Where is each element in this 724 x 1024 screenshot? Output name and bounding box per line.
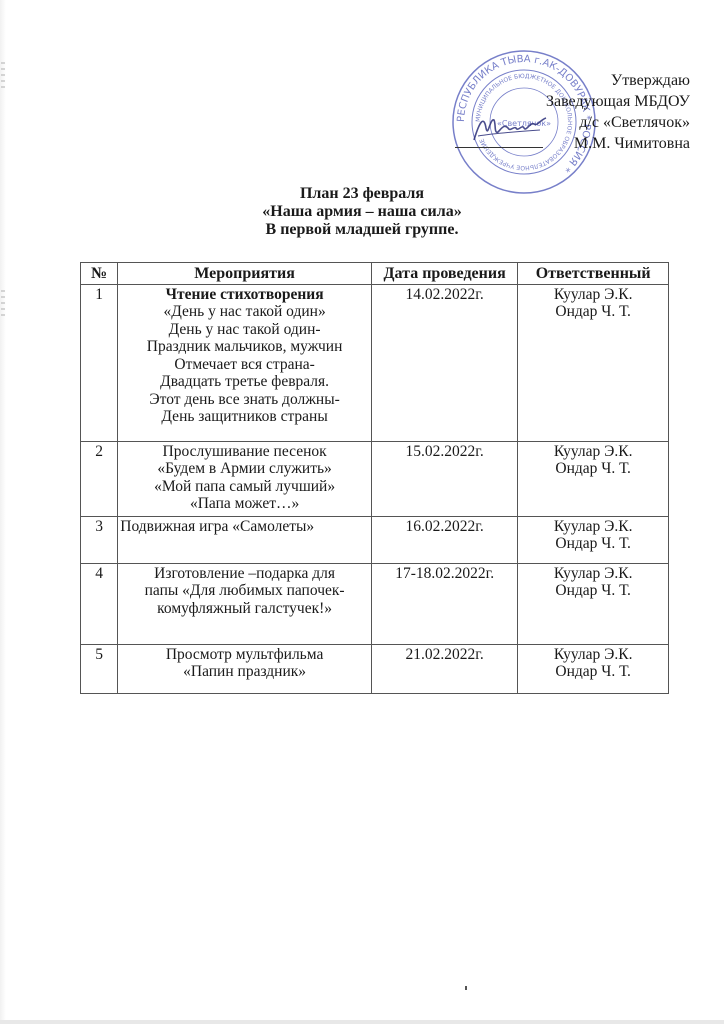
responsible-name: Ондар Ч. Т. <box>520 535 666 553</box>
row-event: Подвижная игра «Самолеты» <box>118 516 372 563</box>
event-line: Этот день все знать должны- <box>120 391 369 409</box>
signature-icon <box>470 110 550 146</box>
row-number: 3 <box>81 516 118 563</box>
row-date: 15.02.2022г. <box>371 441 517 516</box>
table-row: 1 Чтение стихотворения «День у нас такой… <box>81 284 669 441</box>
event-line: Просмотр мультфильма <box>120 646 369 664</box>
approval-line: Заведующая МБДОУ <box>546 91 690 112</box>
title-line: План 23 февраля <box>0 185 724 203</box>
event-line: «Мой папа самый лучший» <box>120 478 369 496</box>
responsible-name: Ондар Ч. Т. <box>520 460 666 478</box>
event-title: Чтение стихотворения <box>120 286 369 304</box>
event-line: «День у нас такой один» <box>120 303 369 321</box>
header-events: Мероприятия <box>118 263 372 285</box>
responsible-name: Куулар Э.К. <box>520 565 666 583</box>
scan-artifact <box>1 290 5 320</box>
header-responsible: Ответственный <box>518 263 669 285</box>
event-line: День защитников страны <box>120 408 369 426</box>
responsible-name: Куулар Э.К. <box>520 646 666 664</box>
row-responsible: Куулар Э.К. Ондар Ч. Т. <box>518 284 669 441</box>
row-responsible: Куулар Э.К. Ондар Ч. Т. <box>518 563 669 644</box>
responsible-name: Ондар Ч. Т. <box>520 303 666 321</box>
events-table: № Мероприятия Дата проведения Ответствен… <box>80 262 669 694</box>
approval-line: М.М. Чимитовна <box>546 133 690 154</box>
responsible-name: Куулар Э.К. <box>520 518 666 536</box>
scan-artifact <box>1 62 5 92</box>
event-line: Подвижная игра «Самолеты» <box>120 518 369 536</box>
header-date: Дата проведения <box>371 263 517 285</box>
row-number: 1 <box>81 284 118 441</box>
row-event: Прослушивание песенок «Будем в Армии слу… <box>118 441 372 516</box>
table-header-row: № Мероприятия Дата проведения Ответствен… <box>81 263 669 285</box>
event-line: «Папа может…» <box>120 495 369 513</box>
table-row: 5 Просмотр мультфильма «Папин праздник» … <box>81 644 669 693</box>
responsible-name: Куулар Э.К. <box>520 443 666 461</box>
event-line: комуфляжный галстучек!» <box>120 600 369 618</box>
scan-edge <box>0 0 6 1024</box>
row-date: 17-18.02.2022г. <box>371 563 517 644</box>
table-row: 2 Прослушивание песенок «Будем в Армии с… <box>81 441 669 516</box>
responsible-name: Куулар Э.К. <box>520 286 666 304</box>
row-event: Изготовление –подарка для папы «Для люби… <box>118 563 372 644</box>
responsible-name: Ондар Ч. Т. <box>520 582 666 600</box>
row-responsible: Куулар Э.К. Ондар Ч. Т. <box>518 516 669 563</box>
event-line: Прослушивание песенок <box>120 443 369 461</box>
signature-line <box>455 147 543 148</box>
row-date: 14.02.2022г. <box>371 284 517 441</box>
header-number: № <box>81 263 118 285</box>
title-line: В первой младшей группе. <box>0 221 724 239</box>
title-line: «Наша армия – наша сила» <box>0 203 724 221</box>
event-line: Отмечает вся страна- <box>120 356 369 374</box>
row-date: 21.02.2022г. <box>371 644 517 693</box>
row-event: Просмотр мультфильма «Папин праздник» <box>118 644 372 693</box>
row-event: Чтение стихотворения «День у нас такой о… <box>118 284 372 441</box>
scan-artifact <box>465 986 467 990</box>
event-line: Изготовление –подарка для <box>120 565 369 583</box>
event-line: папы «Для любимых папочек- <box>120 582 369 600</box>
row-number: 4 <box>81 563 118 644</box>
row-number: 2 <box>81 441 118 516</box>
approval-line: д/с «Светлячок» <box>546 112 690 133</box>
responsible-name: Ондар Ч. Т. <box>520 663 666 681</box>
event-line: «Папин праздник» <box>120 663 369 681</box>
event-line: Двадцать третье февраля. <box>120 373 369 391</box>
event-line: «Будем в Армии служить» <box>120 460 369 478</box>
table-row: 4 Изготовление –подарка для папы «Для лю… <box>81 563 669 644</box>
row-responsible: Куулар Э.К. Ондар Ч. Т. <box>518 441 669 516</box>
scan-edge <box>0 1020 724 1024</box>
event-line: Праздник мальчиков, мужчин <box>120 338 369 356</box>
row-number: 5 <box>81 644 118 693</box>
row-responsible: Куулар Э.К. Ондар Ч. Т. <box>518 644 669 693</box>
approval-line: Утверждаю <box>546 70 690 91</box>
event-line: День у нас такой один- <box>120 321 369 339</box>
document-title: План 23 февраля «Наша армия – наша сила»… <box>0 185 724 239</box>
approval-block: Утверждаю Заведующая МБДОУ д/с «Светлячо… <box>546 70 690 154</box>
table-row: 3 Подвижная игра «Самолеты» 16.02.2022г.… <box>81 516 669 563</box>
document-page: РЕСПУБЛИКА ТЫВА г.АК-ДОВУРАК * РОССИЯ * … <box>0 0 724 1024</box>
row-date: 16.02.2022г. <box>371 516 517 563</box>
